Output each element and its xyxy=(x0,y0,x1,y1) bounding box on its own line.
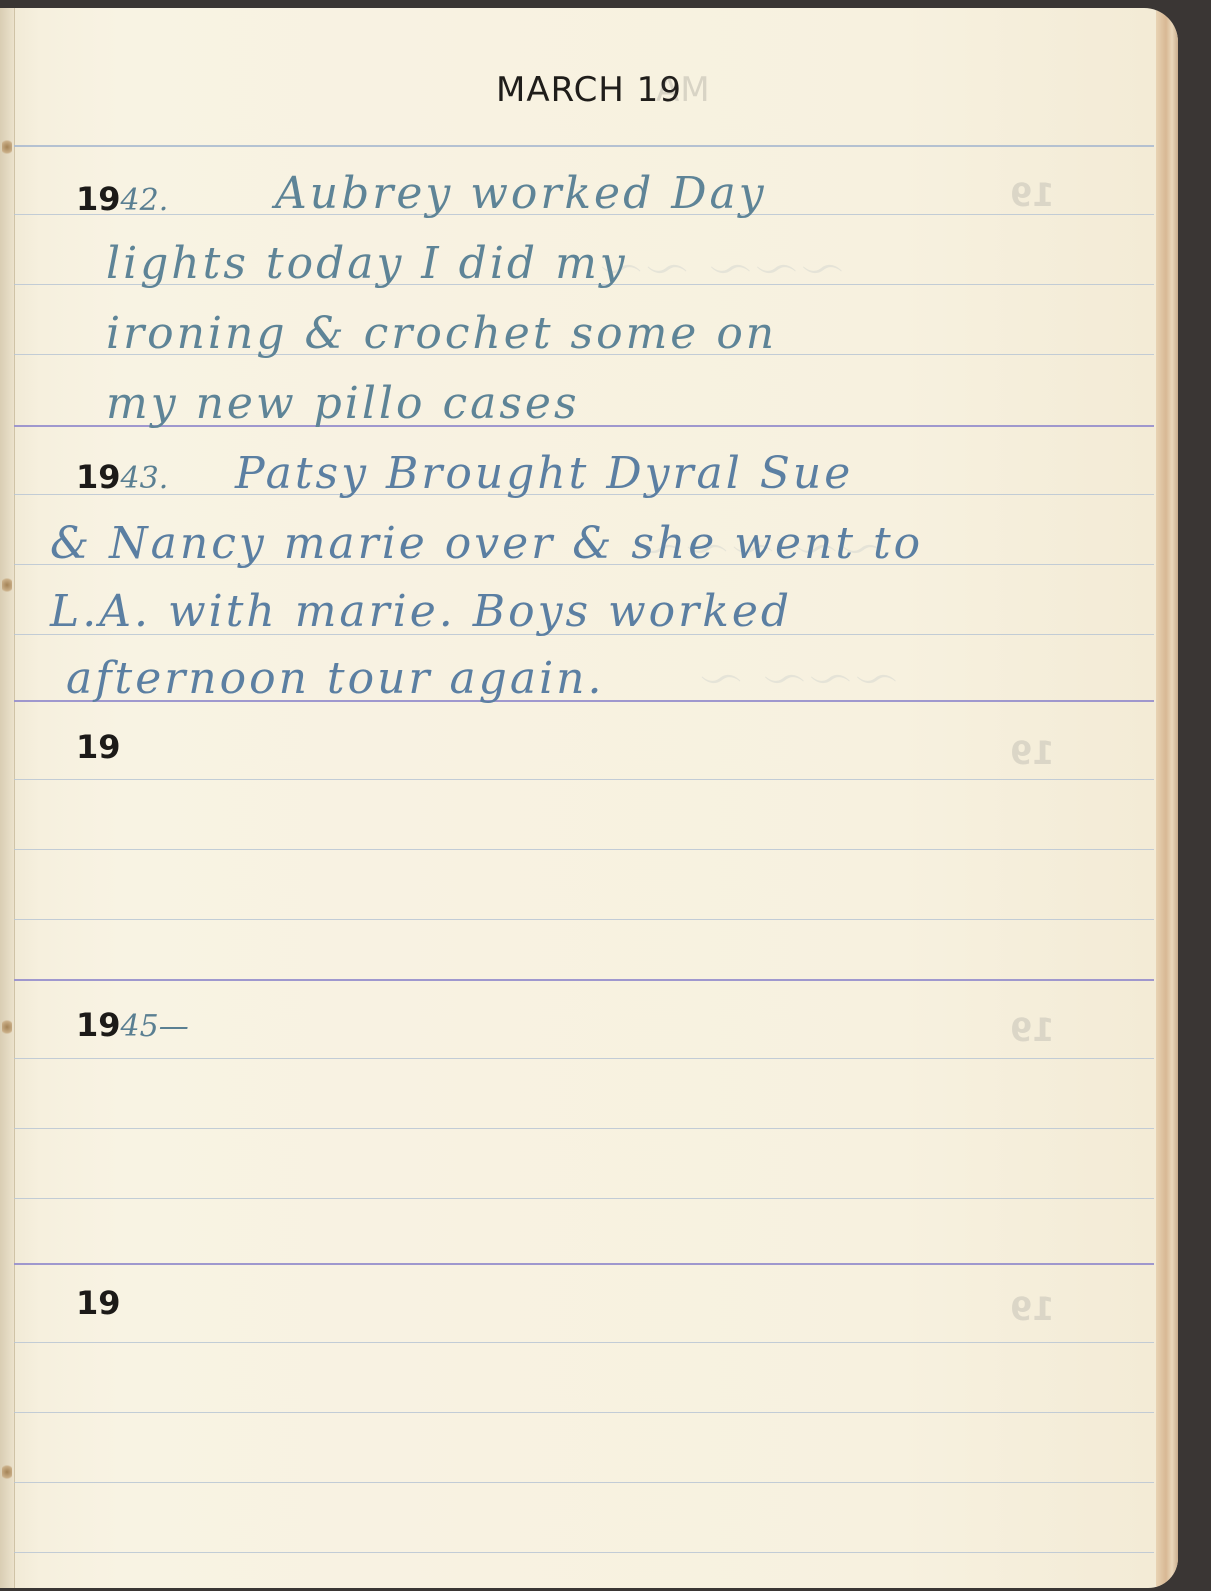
binding-stitch xyxy=(2,576,12,594)
rule-line xyxy=(14,1128,1154,1129)
handwritten-line: my new pillo cases xyxy=(106,378,580,429)
entry-year: 1943. xyxy=(76,458,168,496)
page-edge xyxy=(1156,8,1178,1588)
diary-page: MARCH 19 MA 19 19 19 19 ～～～ ～～ ～～ ～～～ ～～… xyxy=(0,8,1178,1588)
rule-line xyxy=(14,919,1154,920)
entry-year: 1945— xyxy=(76,1006,187,1044)
handwritten-line: & Nancy marie over & she went to xyxy=(50,518,923,569)
rule-line xyxy=(14,1342,1154,1343)
handwritten-line: Aubrey worked Day xyxy=(275,168,767,219)
binding-stitch xyxy=(2,138,12,156)
bleed-through-year: 19 xyxy=(1010,1290,1055,1328)
rule-line xyxy=(14,1058,1154,1059)
bleed-through-year: 19 xyxy=(1010,734,1055,772)
bleed-through-text: ～～～ ～～ xyxy=(600,238,847,298)
rule-line xyxy=(14,1552,1154,1553)
bleed-through-year: 19 xyxy=(1010,1011,1055,1049)
rule-line xyxy=(14,779,1154,780)
entry-year: 19 xyxy=(76,1284,121,1322)
handwritten-year: 42. xyxy=(121,183,169,218)
section-divider xyxy=(14,979,1154,981)
rule-line xyxy=(14,1198,1154,1199)
binding-stitch xyxy=(2,1018,12,1036)
binding-stitch xyxy=(2,1463,12,1481)
bleed-through-text: ～～～ ～ xyxy=(700,648,901,708)
section-divider xyxy=(14,1263,1154,1265)
printed-year: 19 xyxy=(76,180,121,218)
page-binding xyxy=(0,8,15,1588)
bleed-through-heading: MA xyxy=(655,70,710,110)
printed-year: 19 xyxy=(76,1006,121,1044)
printed-year: 19 xyxy=(76,1284,121,1322)
rule-line xyxy=(14,849,1154,850)
entry-year: 1942. xyxy=(76,180,168,218)
printed-year: 19 xyxy=(76,458,121,496)
handwritten-line: ironing & crochet some on xyxy=(106,308,777,359)
entry-year: 19 xyxy=(76,728,121,766)
rule-line xyxy=(14,1412,1154,1413)
rule-line xyxy=(14,1482,1154,1483)
rule-line xyxy=(14,145,1154,147)
bleed-through-year: 19 xyxy=(1010,176,1055,214)
page-title: MARCH 19 MA xyxy=(0,70,1178,110)
handwritten-line: lights today I did my xyxy=(106,238,628,289)
printed-year: 19 xyxy=(76,728,121,766)
handwritten-line: afternoon tour again. xyxy=(66,653,604,704)
handwritten-line: L.A. with marie. Boys worked xyxy=(50,586,792,637)
handwritten-year: 45 xyxy=(121,1009,159,1044)
handwritten-line: Patsy Brought Dyral Sue xyxy=(235,448,853,499)
handwritten-year: 43. xyxy=(121,461,169,496)
handwritten-dash: — xyxy=(159,1009,187,1044)
